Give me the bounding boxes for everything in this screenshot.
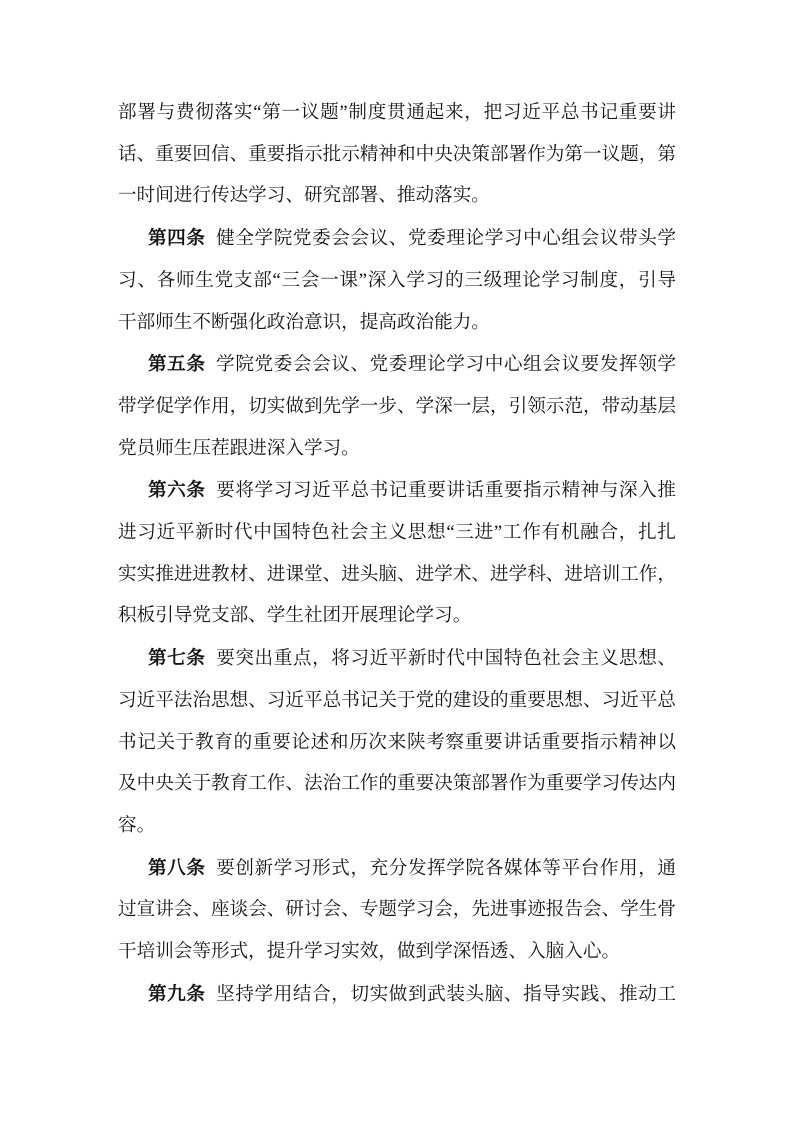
line-text: 话、重要回信、重要指示批示精神和中央决策部署作为第一议题，第 [118, 144, 676, 165]
paragraph-line: 干部师生不断强化政治意识，提高政治能力。 [118, 302, 676, 344]
paragraph-line: 带学促学作用，切实做到先学一步、学深一层，引领示范，带动基层 [118, 386, 676, 428]
article-number-label: 第四条 [148, 227, 206, 248]
article-number-label: 第五条 [148, 353, 206, 374]
line-text: 积板引导党支部、学生社团开展理论学习。 [118, 605, 471, 626]
line-text: 带学促学作用，切实做到先学一步、学深一层，引领示范，带动基层 [118, 396, 676, 417]
article-number-label: 第八条 [148, 857, 206, 878]
paragraph-line: 党员师生压茬跟进深入学习。 [118, 428, 676, 470]
paragraph-line: 第五条学院党委会会议、党委理论学习中心组会议要发挥领学 [118, 343, 676, 386]
paragraph-line: 第四条健全学院党委会会议、党委理论学习中心组会议带头学 [118, 217, 676, 260]
line-text: 学院党委会会议、党委理论学习中心组会议要发挥领学 [216, 354, 676, 375]
article-number-label: 第七条 [148, 647, 206, 668]
line-text: 干培训会等形式，提升学习实效，做到学深悟透、入脑入心。 [118, 941, 620, 962]
article-number-label: 第六条 [148, 479, 206, 500]
article-paragraph: 第五条学院党委会会议、党委理论学习中心组会议要发挥领学带学促学作用，切实做到先学… [118, 343, 676, 469]
line-text: 习近平法治思想、习近平总书记关于党的建设的重要思想、习近平总 [118, 690, 676, 711]
paragraph-line: 积板引导党支部、学生社团开展理论学习。 [118, 595, 676, 637]
line-text: 部署与费彻落实“第一议题”制度贯通起来，把习近平总书记重要讲 [118, 102, 676, 123]
line-text: 坚持学用结合，切实做到武装头脑、指导实践、推动工 [216, 984, 676, 1005]
line-text: 干部师生不断强化政治意识，提高政治能力。 [118, 312, 490, 333]
paragraph-line: 书记关于教育的重要论述和历次来陕考察重要讲话重要指示精神以 [118, 722, 676, 764]
line-text: 习、各师生党支部“三会一课”深入学习的三级理论学习制度，引导 [118, 270, 676, 291]
paragraph-line: 及中央关于教育工作、法治工作的重要决策部署作为重要学习传达内 [118, 763, 676, 805]
paragraph-line: 第八条要创新学习形式，充分发挥学院各媒体等平台作用，通 [118, 847, 676, 890]
line-text: 进习近平新时代中国特色社会主义思想“三进”工作有机融合，扎扎 [118, 522, 676, 543]
line-text: 要将学习习近平总书记重要讲话重要指示精神与深入推 [216, 480, 676, 501]
document-page: 部署与费彻落实“第一议题”制度贯通起来，把习近平总书记重要讲话、重要回信、重要指… [0, 0, 793, 1122]
line-text: 实实推进进教材、进课堂、进头脑、进学术、进学科、进培训工作， [118, 564, 676, 585]
paragraph-line: 话、重要回信、重要指示批示精神和中央决策部署作为第一议题，第 [118, 134, 676, 176]
article-paragraph: 第六条要将学习习近平总书记重要讲话重要指示精神与深入推进习近平新时代中国特色社会… [118, 469, 676, 637]
line-text: 一时间进行传达学习、研究部署、推动落实。 [118, 185, 490, 206]
paragraph-line: 习、各师生党支部“三会一课”深入学习的三级理论学习制度，引导 [118, 260, 676, 302]
paragraph-line: 过宣讲会、座谈会、研讨会、专题学习会，先进事迹报告会、学生骨 [118, 889, 676, 931]
document-body: 部署与费彻落实“第一议题”制度贯通起来，把习近平总书记重要讲话、重要回信、重要指… [118, 92, 676, 1015]
line-text: 容。 [118, 815, 155, 836]
paragraph-line: 第六条要将学习习近平总书记重要讲话重要指示精神与深入推 [118, 469, 676, 512]
paragraph-line: 实实推进进教材、进课堂、进头脑、进学术、进学科、进培训工作， [118, 554, 676, 596]
paragraph-line: 容。 [118, 805, 676, 847]
paragraph-line: 第七条要突出重点，将习近平新时代中国特色社会主义思想、 [118, 637, 676, 680]
article-paragraph: 第七条要突出重点，将习近平新时代中国特色社会主义思想、习近平法治思想、习近平总书… [118, 637, 676, 847]
line-text: 及中央关于教育工作、法治工作的重要决策部署作为重要学习传达内 [118, 773, 676, 794]
article-paragraph: 第八条要创新学习形式，充分发挥学院各媒体等平台作用，通过宣讲会、座谈会、研讨会、… [118, 847, 676, 973]
line-text: 要创新学习形式，充分发挥学院各媒体等平台作用，通 [216, 858, 676, 879]
paragraph-line: 部署与费彻落实“第一议题”制度贯通起来，把习近平总书记重要讲 [118, 92, 676, 134]
article-paragraph: 部署与费彻落实“第一议题”制度贯通起来，把习近平总书记重要讲话、重要回信、重要指… [118, 92, 676, 217]
line-text: 过宣讲会、座谈会、研讨会、专题学习会，先进事迹报告会、学生骨 [118, 899, 676, 920]
article-paragraph: 第四条健全学院党委会会议、党委理论学习中心组会议带头学习、各师生党支部“三会一课… [118, 217, 676, 343]
line-text: 党员师生压茬跟进深入学习。 [118, 438, 360, 459]
paragraph-line: 进习近平新时代中国特色社会主义思想“三进”工作有机融合，扎扎 [118, 512, 676, 554]
article-paragraph: 第九条坚持学用结合，切实做到武装头脑、指导实践、推动工 [118, 973, 676, 1016]
paragraph-line: 一时间进行传达学习、研究部署、推动落实。 [118, 175, 676, 217]
paragraph-line: 干培训会等形式，提升学习实效，做到学深悟透、入脑入心。 [118, 931, 676, 973]
line-text: 要突出重点，将习近平新时代中国特色社会主义思想、 [216, 648, 676, 669]
line-text: 健全学院党委会会议、党委理论学习中心组会议带头学 [216, 228, 676, 249]
article-number-label: 第九条 [148, 983, 206, 1004]
paragraph-line: 第九条坚持学用结合，切实做到武装头脑、指导实践、推动工 [118, 973, 676, 1016]
line-text: 书记关于教育的重要论述和历次来陕考察重要讲话重要指示精神以 [118, 732, 676, 753]
paragraph-line: 习近平法治思想、习近平总书记关于党的建设的重要思想、习近平总 [118, 680, 676, 722]
